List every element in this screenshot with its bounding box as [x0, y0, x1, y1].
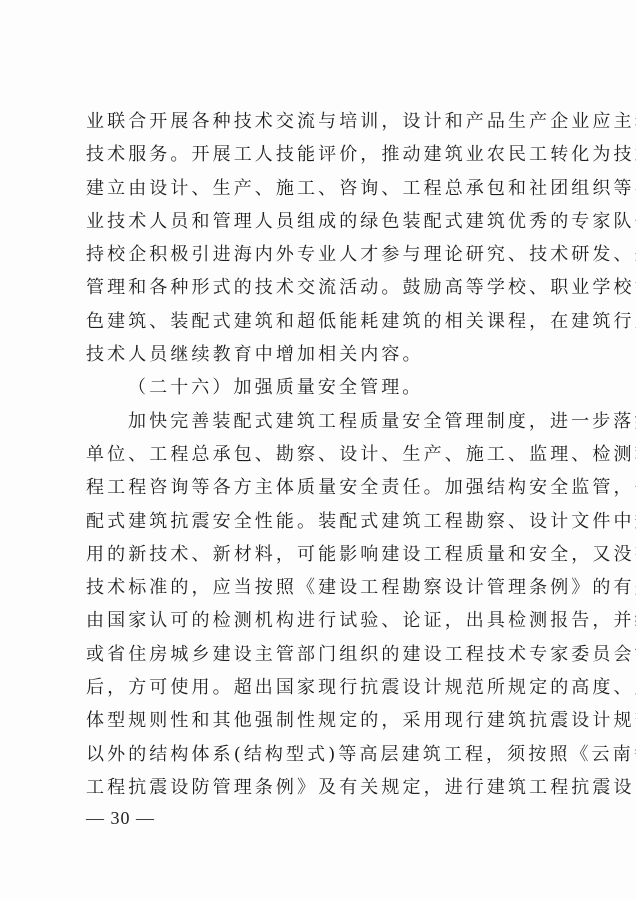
text-line: 管理和各种形式的技术交流活动。鼓励高等学校、职业学校设置绿 — [86, 271, 556, 304]
text-line: 由国家认可的检测机构进行试验、论证，出具检测报告，并经国家 — [86, 604, 556, 637]
text-line: 程工程咨询等各方主体质量安全责任。加强结构安全监管，保证装 — [86, 471, 556, 504]
text-line: 配式建筑抗震安全性能。装配式建筑工程勘察、设计文件中规定采 — [86, 505, 556, 538]
text-line: 单位、工程总承包、勘察、设计、生产、施工、监理、检测和全过 — [86, 438, 556, 471]
paragraph-quality-safety: 加快完善装配式建筑工程质量安全管理制度，进一步落实建设 单位、工程总承包、勘察、… — [86, 405, 556, 805]
text-line: 体型规则性和其他强制性规定的，采用现行建筑抗震设计规范规定 — [86, 704, 556, 737]
text-line: 或省住房城乡建设主管部门组织的建设工程技术专家委员会审定 — [86, 638, 556, 671]
text-line: 工程抗震设防管理条例》及有关规定，进行建筑工程抗震设防专项 — [86, 771, 556, 804]
text-line: 技术标准的，应当按照《建设工程勘察设计管理条例》的有关规定， — [86, 571, 556, 604]
text-line: 技术服务。开展工人技能评价，推动建筑业农民工转化为技术工人。 — [86, 138, 556, 171]
page-number: — 30 — — [86, 808, 155, 829]
text-line: 业技术人员和管理人员组成的绿色装配式建筑优秀的专家队伍，支 — [86, 205, 556, 238]
text-line: 业联合开展各种技术交流与培训，设计和产品生产企业应主动做好 — [86, 105, 556, 138]
text-line: 后，方可使用。超出国家现行抗震设计规范所规定的高度、层数、 — [86, 671, 556, 704]
text-line: 技术人员继续教育中增加相关内容。 — [86, 338, 556, 371]
document-page-body: 业联合开展各种技术交流与培训，设计和产品生产企业应主动做好 技术服务。开展工人技… — [86, 105, 556, 804]
section-heading-text: （二十六）加强质量安全管理。 — [86, 371, 556, 404]
text-line: 加快完善装配式建筑工程质量安全管理制度，进一步落实建设 — [86, 405, 556, 438]
text-line: 持校企积极引进海内外专业人才参与理论研究、技术研发、生产、 — [86, 238, 556, 271]
section-heading: （二十六）加强质量安全管理。 — [86, 371, 556, 404]
text-line: 用的新技术、新材料，可能影响建设工程质量和安全，又没有国家 — [86, 538, 556, 571]
text-line: 以外的结构体系(结构型式)等高层建筑工程，须按照《云南省建设 — [86, 738, 556, 771]
text-line: 建立由设计、生产、施工、咨询、工程总承包和社团组织等各类专 — [86, 172, 556, 205]
text-line: 色建筑、装配式建筑和超低能耗建筑的相关课程，在建筑行业专业 — [86, 305, 556, 338]
paragraph-talent-training: 业联合开展各种技术交流与培训，设计和产品生产企业应主动做好 技术服务。开展工人技… — [86, 105, 556, 371]
